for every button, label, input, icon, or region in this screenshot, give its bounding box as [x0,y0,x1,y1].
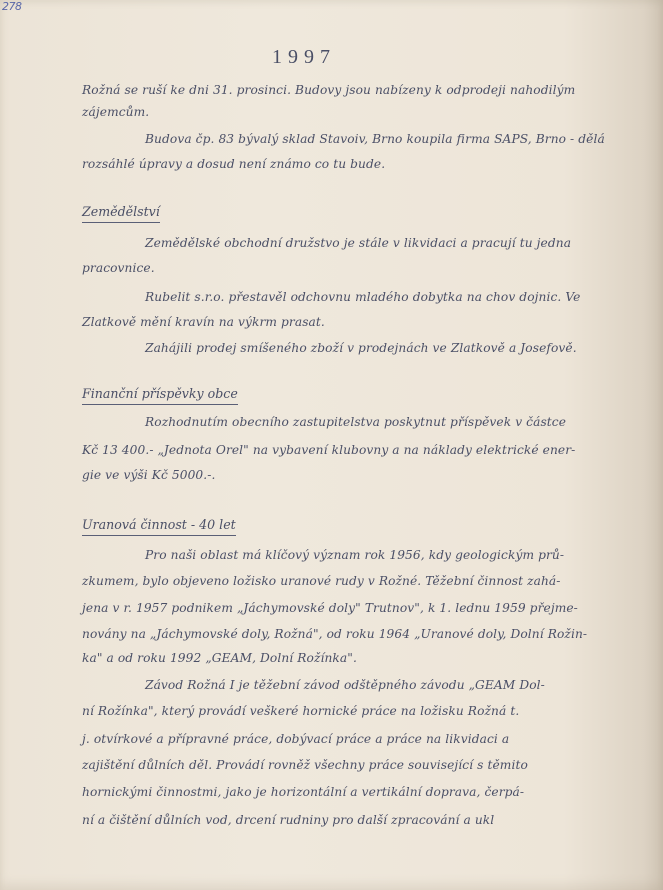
text-line: rozsáhlé úpravy a dosud není známo co tu… [82,156,655,172]
text-line: Závod Rožná I je těžební závod odštěpnéh… [145,677,655,693]
text-line: zajištění důlních děl. Provádí rovněž vš… [82,757,655,773]
text-line: Kč 13 400.- „Jednota Orel" na vybavení k… [82,442,655,458]
text-line: Zahájili prodej smíšeného zboží v prodej… [145,340,655,356]
text-line: ní a čištění důlních vod, drcení rudniny… [82,812,655,828]
text-line: Rozhodnutím obecního zastupitelstva posk… [145,414,655,430]
text-line: ka" a od roku 1992 „GEAM, Dolní Rožínka"… [82,650,655,666]
section-heading-financni-prispevky: Finanční příspěvky obce [82,386,238,405]
handwritten-chronicle-page: 278 1997 Rožná se ruší ke dni 31. prosin… [0,0,663,890]
text-line: hornickými činnostmi, jako je horizontál… [82,784,655,800]
text-line: zájemcům. [82,104,655,120]
page-number: 278 [2,0,22,13]
text-line: novány na „Jáchymovské doly, Rožná", od … [82,626,655,642]
section-heading-uranova-cinnost: Uranová činnost - 40 let [82,517,236,536]
text-line: Rožná se ruší ke dni 31. prosinci. Budov… [82,82,655,98]
text-line: zkumem, bylo objeveno ložisko uranové ru… [82,573,655,589]
text-line: Budova čp. 83 bývalý sklad Stavoiv, Brno… [145,131,655,147]
text-line: pracovnice. [82,260,655,276]
text-line: Rubelit s.r.o. přestavěl odchovnu mladéh… [145,289,655,305]
text-line: Zlatkově mění kravín na výkrm prasat. [82,314,655,330]
section-heading-zemedelstvi: Zemědělství [82,204,160,223]
text-line: j. otvírkové a přípravné práce, dobývací… [82,731,655,747]
text-line: gie ve výši Kč 5000.-. [82,467,655,483]
text-line: ní Rožínka", který provádí veškeré horni… [82,703,655,719]
text-line: jena v r. 1957 podnikem „Jáchymovské dol… [82,600,655,616]
text-line: Pro naši oblast má klíčový význam rok 19… [145,547,655,563]
text-line: Zemědělské obchodní družstvo je stále v … [145,235,655,251]
year-heading: 1997 [272,46,336,69]
